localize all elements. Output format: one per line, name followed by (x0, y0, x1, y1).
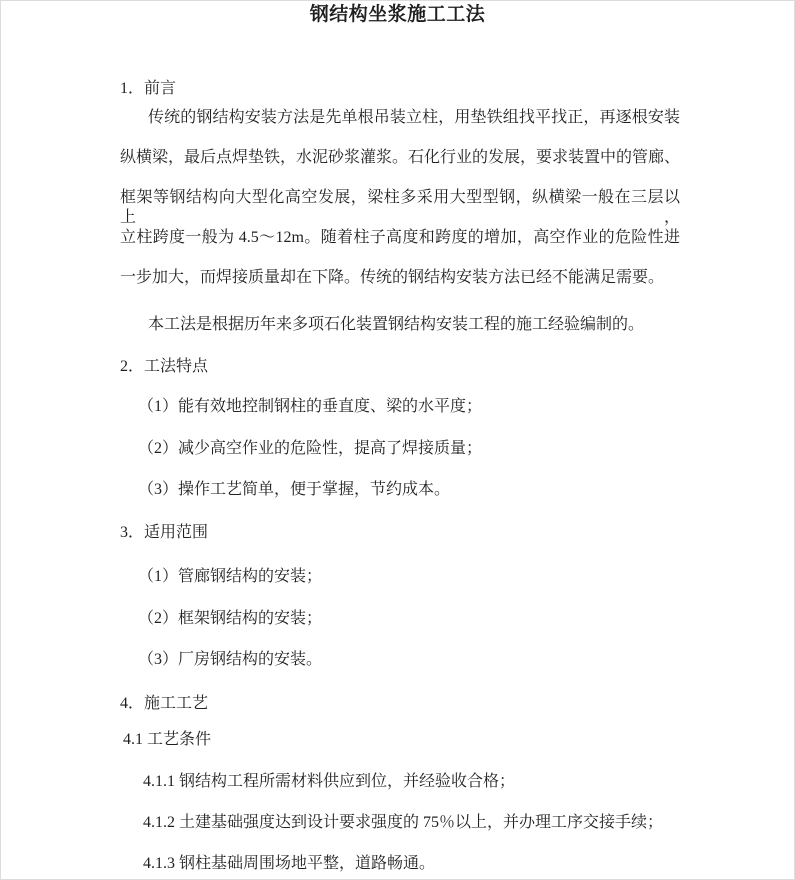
section-4-1-heading: 4.1 工艺条件 (123, 730, 211, 750)
paragraph-1-line-3: 框架等钢结构向大型化高空发展，梁柱多采用大型型钢，纵横梁一般在三层以上， (120, 188, 680, 228)
section-1-heading: 1．前言 (120, 79, 176, 99)
document-page: 钢结构坐浆施工工法 1．前言 传统的钢结构安装方法是先单根吊装立柱，用垫铁组找平… (0, 0, 795, 880)
paragraph-2: 本工法是根据历年来多项石化装置钢结构安装工程的施工经验编制的。 (120, 315, 680, 335)
section-2-item-2: （2）减少高空作业的危险性，提高了焊接质量； (138, 439, 482, 459)
document-title: 钢结构坐浆施工工法 (0, 4, 795, 27)
section-2-heading: 2．工法特点 (120, 357, 208, 377)
section-2-item-1: （1）能有效地控制钢柱的垂直度、梁的水平度； (138, 397, 482, 417)
section-3-item-3: （3）厂房钢结构的安装。 (138, 650, 322, 670)
paragraph-1-line-2: 纵横梁，最后点焊垫铁，水泥砂浆灌浆。石化行业的发展，要求装置中的管廊、 (120, 148, 680, 168)
section-4-heading: 4．施工工艺 (120, 694, 208, 714)
paragraph-1-line-5: 一步加大，而焊接质量却在下降。传统的钢结构安装方法已经不能满足需要。 (120, 268, 680, 288)
section-4-1-2-item: 4.1.2 土建基础强度达到设计要求强度的 75％以上，并办理工序交接手续； (143, 813, 663, 833)
section-3-item-1: （1）管廊钢结构的安装； (138, 567, 322, 587)
section-4-1-1-item: 4.1.1 钢结构工程所需材料供应到位，并经验收合格； (143, 772, 515, 792)
section-3-item-2: （2）框架钢结构的安装； (138, 609, 322, 629)
section-4-1-3-item: 4.1.3 钢柱基础周围场地平整，道路畅通。 (143, 854, 435, 874)
section-3-heading: 3．适用范围 (120, 523, 208, 543)
paragraph-1-line-1: 传统的钢结构安装方法是先单根吊装立柱，用垫铁组找平找正，再逐根安装 (120, 108, 680, 128)
section-2-item-3: （3）操作工艺简单，便于掌握，节约成本。 (138, 480, 450, 500)
paragraph-1-line-4: 立柱跨度一般为 4.5～12m。随着柱子高度和跨度的增加，高空作业的危险性进 (120, 228, 680, 248)
